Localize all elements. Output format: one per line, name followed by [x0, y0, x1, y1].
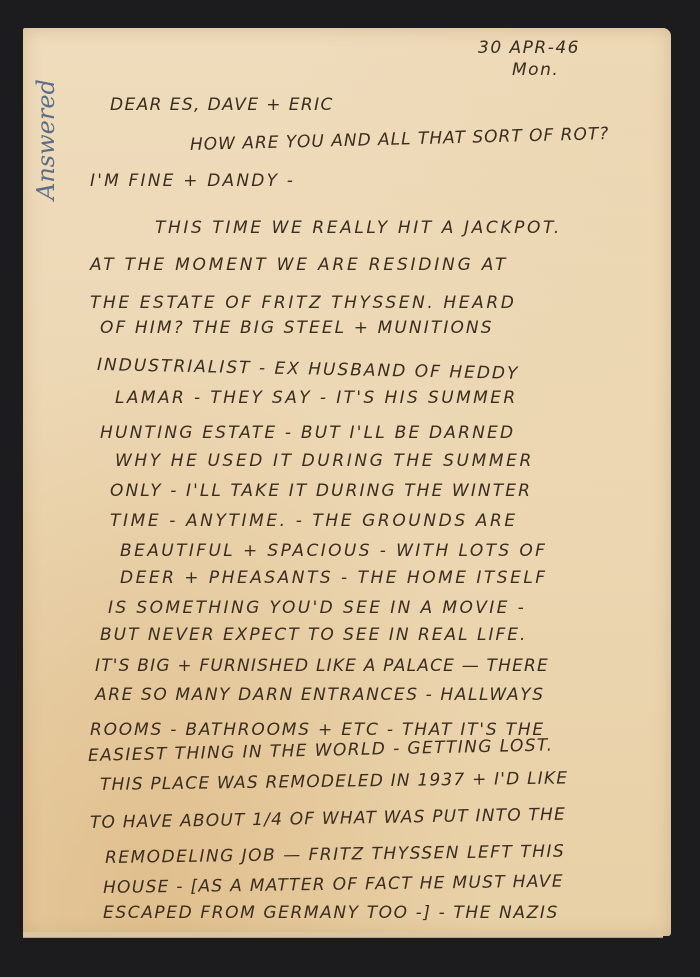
paper-fold-edge	[23, 932, 663, 938]
letter-line: DEER + PHEASANTS - THE HOME ITSELF	[120, 568, 548, 588]
letter-line: OF HIM? THE BIG STEEL + MUNITIONS	[100, 318, 494, 338]
letter-line: WHY HE USED IT DURING THE SUMMER	[115, 451, 534, 471]
letter-line: ESCAPED FROM GERMANY TOO -] - THE NAZIS	[103, 903, 559, 923]
letter-line: BUT NEVER EXPECT TO SEE IN REAL LIFE.	[100, 625, 527, 645]
letter-date: 30 APR-46	[478, 38, 580, 58]
letter-line: AT THE MOMENT WE ARE RESIDING AT	[90, 255, 508, 275]
letter-line: HUNTING ESTATE - BUT I'LL BE DARNED	[100, 423, 515, 443]
letter-line: LAMAR - THEY SAY - IT'S HIS SUMMER	[115, 388, 518, 408]
letter-line: I'M FINE + DANDY -	[90, 171, 295, 191]
letter-line: IT'S BIG + FURNISHED LIKE A PALACE — THE…	[95, 656, 549, 676]
letter-line: ONLY - I'LL TAKE IT DURING THE WINTER	[110, 481, 532, 501]
letter-line: BEAUTIFUL + SPACIOUS - WITH LOTS OF	[120, 541, 547, 561]
letter-line: THE ESTATE OF FRITZ THYSSEN. HEARD	[90, 293, 516, 313]
letter-line: THIS TIME WE REALLY HIT A JACKPOT.	[155, 218, 562, 238]
letter-day: Mon.	[512, 60, 559, 80]
letter-line: ARE SO MANY DARN ENTRANCES - HALLWAYS	[95, 685, 545, 705]
letter-line: TIME - ANYTIME. - THE GROUNDS ARE	[110, 511, 518, 531]
letter-line: IS SOMETHING YOU'D SEE IN A MOVIE -	[108, 598, 526, 618]
margin-annotation: Answered	[32, 79, 60, 200]
salutation: DEAR ES, DAVE + ERIC	[110, 95, 334, 115]
